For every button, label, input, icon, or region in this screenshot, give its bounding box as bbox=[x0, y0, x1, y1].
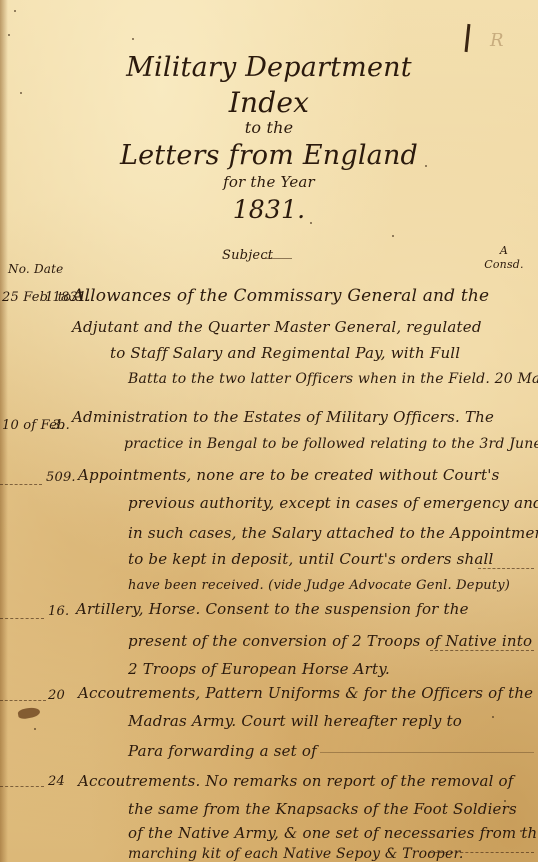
entry-line: 2 Troops of European Horse Arty. bbox=[128, 660, 390, 678]
entry-line: of the Native Army, & one set of necessa… bbox=[128, 824, 538, 842]
title-for-the-year: for the Year bbox=[0, 173, 538, 191]
leader-dash bbox=[478, 568, 534, 570]
paper-speck bbox=[14, 10, 16, 12]
entry-line: Adjutant and the Quarter Master General,… bbox=[72, 318, 482, 336]
leader-dash bbox=[0, 700, 46, 702]
entry-line: Allowances of the Commissary General and… bbox=[72, 286, 489, 306]
paper-speck bbox=[504, 800, 506, 802]
entry-line: marching kit of each Native Sepoy & Troo… bbox=[128, 846, 464, 862]
column-header-remarks: A Consd. bbox=[480, 244, 528, 272]
entry-number: 3. bbox=[52, 418, 65, 433]
title-military-department: Military Department bbox=[0, 52, 538, 83]
entry-line: the same from the Knapsacks of the Foot … bbox=[128, 800, 517, 818]
entry-number: 24 bbox=[48, 774, 65, 789]
leader-dash bbox=[0, 484, 42, 486]
title-letters-from-england: Letters from England bbox=[0, 140, 538, 171]
entry-line: Administration to the Estates of Militar… bbox=[72, 408, 494, 426]
paper-speck bbox=[425, 165, 427, 167]
leader-dash bbox=[0, 618, 44, 620]
entry-number: 16. bbox=[48, 604, 69, 619]
title-index: Index bbox=[0, 86, 538, 119]
paper-speck bbox=[392, 235, 394, 237]
manuscript-page: R Military Department Index to the Lette… bbox=[0, 0, 538, 862]
leader-dash bbox=[430, 852, 534, 854]
entry-line: have been received. (vide Judge Advocate… bbox=[128, 578, 510, 593]
header-underline bbox=[262, 258, 292, 259]
title-to-the: to the bbox=[0, 118, 538, 137]
entry-line: Accoutrements. No remarks on report of t… bbox=[78, 772, 514, 790]
entry-line: Batta to the two latter Officers when in… bbox=[128, 371, 538, 387]
entry-line: Artillery, Horse. Consent to the suspens… bbox=[76, 600, 469, 618]
entry-line: to be kept in deposit, until Court's ord… bbox=[128, 550, 494, 568]
leader-dash bbox=[430, 650, 534, 652]
entry-number: 509. bbox=[46, 470, 76, 485]
entry-line: Accoutrements, Pattern Uniforms & for th… bbox=[78, 684, 533, 702]
bleed-through-text: R bbox=[490, 30, 504, 51]
entry-line: in such cases, the Salary attached to th… bbox=[128, 524, 538, 542]
paper-speck bbox=[310, 222, 312, 224]
column-header-subject: Subject bbox=[222, 248, 273, 263]
paper-speck bbox=[132, 38, 134, 40]
ink-blot bbox=[17, 706, 40, 720]
title-year: 1831. bbox=[0, 195, 538, 224]
entry-line: Appointments, none are to be created wit… bbox=[78, 466, 499, 484]
ink-mark bbox=[465, 24, 471, 52]
paper-speck bbox=[520, 830, 522, 832]
leader-dash bbox=[0, 786, 44, 788]
entry-line: previous authority, except in cases of e… bbox=[128, 494, 538, 512]
paper-speck bbox=[20, 92, 22, 94]
entry-line: present of the conversion of 2 Troops of… bbox=[128, 632, 532, 650]
paper-speck bbox=[34, 728, 36, 730]
paper-speck bbox=[492, 716, 494, 718]
column-header-number-date: No. Date bbox=[8, 262, 63, 276]
entry-line: practice in Bengal to be followed relati… bbox=[124, 436, 538, 452]
entry-line: to Staff Salary and Regimental Pay, with… bbox=[110, 344, 460, 362]
entry-line: Para forwarding a set of bbox=[128, 742, 317, 760]
entry-line: Madras Army. Court will hereafter reply … bbox=[128, 712, 462, 730]
fill-rule bbox=[320, 752, 534, 753]
entry-number: 20 bbox=[48, 688, 65, 703]
paper-speck bbox=[8, 34, 10, 36]
